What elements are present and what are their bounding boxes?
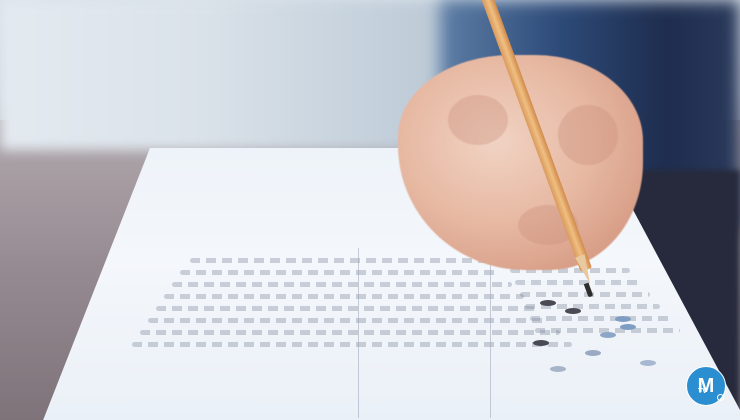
- logo-subtext: TV: [698, 388, 707, 395]
- channel-logo: M TV: [686, 366, 726, 406]
- photo-scene: M TV: [0, 0, 740, 420]
- logo-dot-icon: [717, 394, 724, 401]
